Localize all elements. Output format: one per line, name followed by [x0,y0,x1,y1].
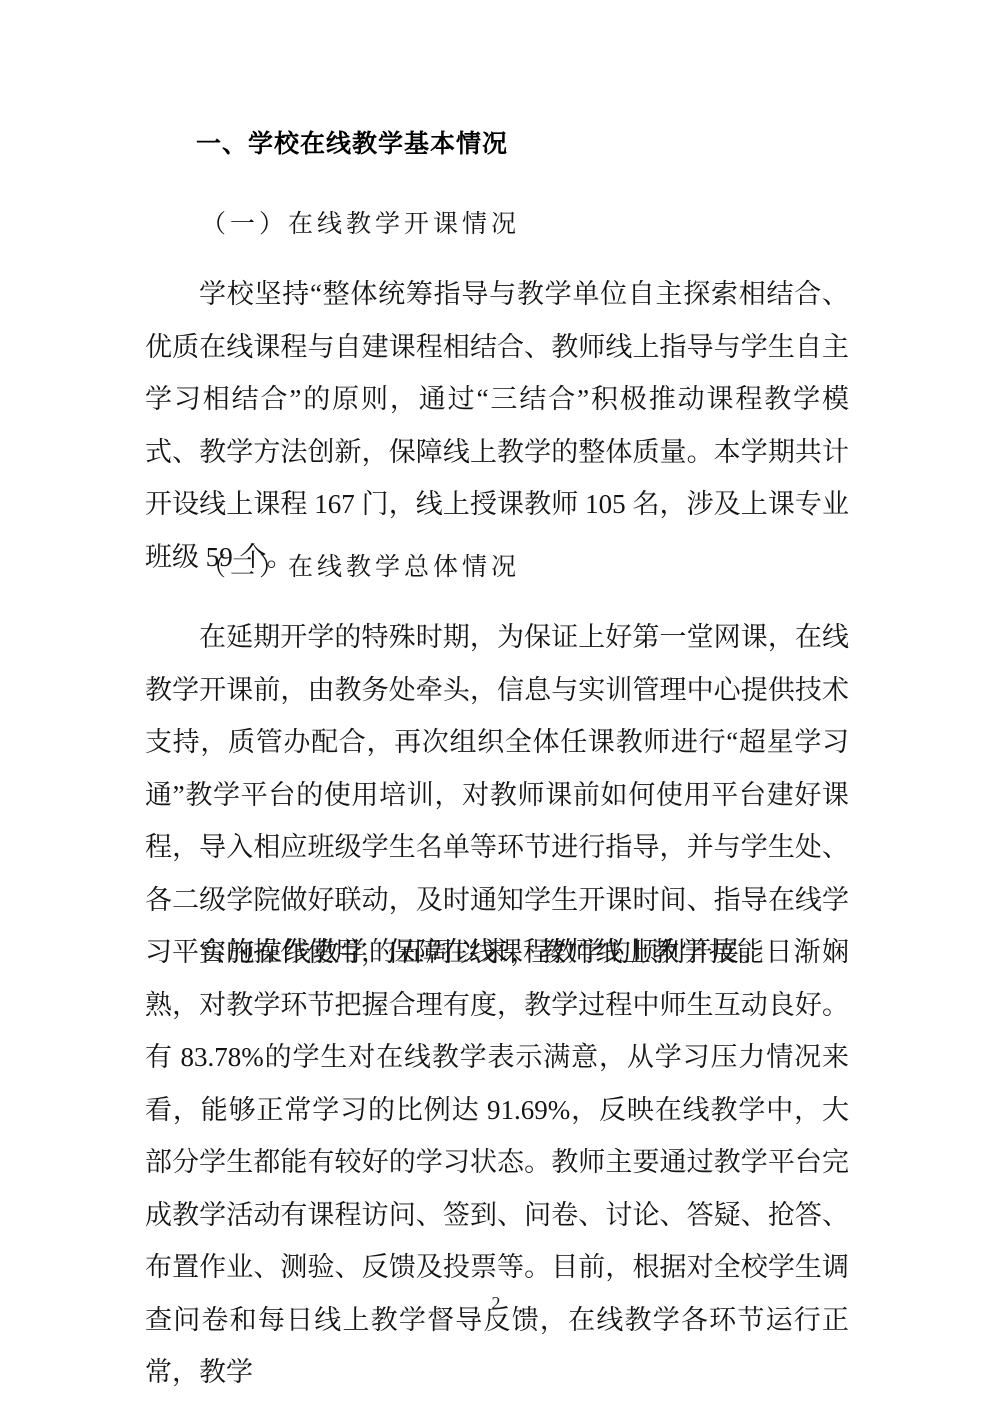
page-number: 2 [0,1292,992,1314]
subheading-online-teaching-overview: （二）在线教学总体情况 [201,553,520,583]
chapter-heading: 一、学校在线教学基本情况 [196,128,508,160]
paragraph-teaching-results: 实施在线教学的五周以来，教师线上教学技能日渐娴熟，对教学环节把握合理有度，教学过… [145,926,849,1399]
paragraph-teaching-preparation: 在延期开学的特殊时期，为保证上好第一堂网课，在线教学开课前，由教务处牵头，信息与… [145,611,849,979]
paragraph-course-opening: 学校坚持“整体统筹指导与教学单位自主探索相结合、优质在线课程与自建课程相结合、教… [145,268,849,583]
subheading-online-course-opening: （一）在线教学开课情况 [201,210,520,240]
document-page: 一、学校在线教学基本情况 （一）在线教学开课情况 学校坚持“整体统筹指导与教学单… [0,0,992,1403]
